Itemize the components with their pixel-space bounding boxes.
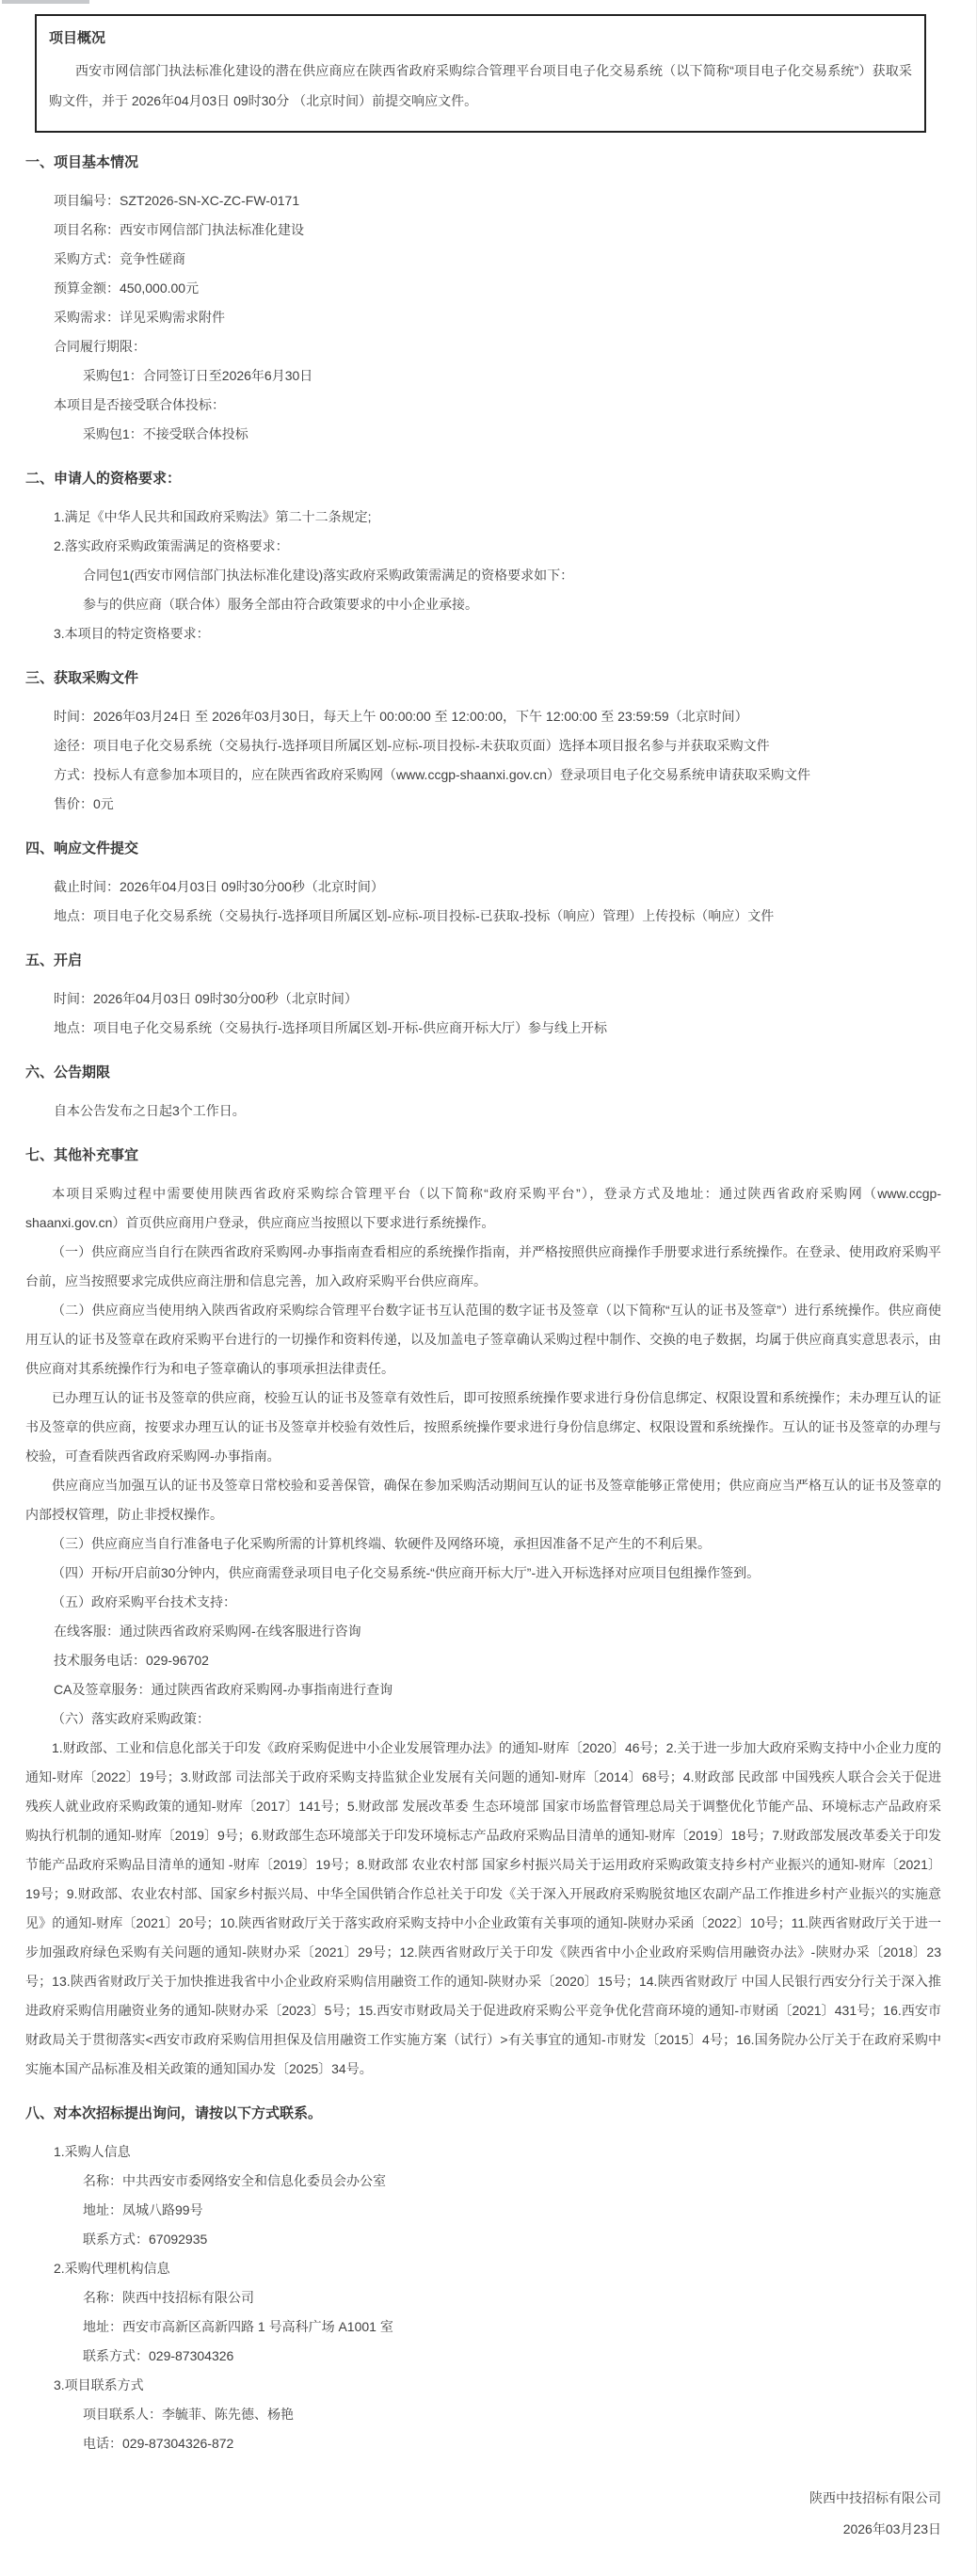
paragraph: （一）供应商应当自行在陕西省政府采购网-办事指南查看相应的系统操作指南，并严格按… [25,1238,941,1296]
document-line: 自本公告发布之日起3个工作日。 [25,1096,941,1126]
document-line: 本项目是否接受联合体投标： [25,391,941,420]
document-line: 途径：项目电子化交易系统（交易执行-选择项目所属区划-应标-项目投标-未获取页面… [25,731,941,760]
document-line: 1.满足《中华人民共和国政府采购法》第二十二条规定; [25,503,941,532]
document-line: 合同包1(西安市网信部门执法标准化建设)落实政府采购政策需满足的资格要求如下： [25,561,941,590]
document-line: 项目名称：西安市网信部门执法标准化建设 [25,216,941,245]
clipped-element [2,0,89,4]
document-line: 联系方式：67092935 [25,2225,941,2254]
document-line: 3.本项目的特定资格要求： [25,619,941,648]
section-heading: 七、其他补充事宜 [25,1141,941,1170]
document-line: 合同履行期限： [25,332,941,361]
paragraph: （三）供应商应当自行准备电子化采购所需的计算机终端、软硬件及网络环境，承担因准备… [25,1529,941,1559]
footer: 陕西中技招标有限公司 2026年03月23日 [25,2483,941,2545]
document-line: CA及签章服务：通过陕西省政府采购网-办事指南进行查询 [25,1675,941,1704]
section-heading: 六、公告期限 [25,1058,941,1087]
section-heading: 二、申请人的资格要求： [25,464,941,493]
document-line: 地址：凤城八路99号 [25,2196,941,2225]
procurement-announcement-page: 项目概况 西安市网信部门执法标准化建设的潜在供应商应在陕西省政府采购综合管理平台… [0,0,977,2576]
document-line: 时间：2026年04月03日 09时30分00秒（北京时间） [25,984,941,1014]
paragraph: （四）开标/开启前30分钟内，供应商需登录项目电子化交易系统-“供应商开标大厅”… [25,1559,941,1588]
overview-body: 西安市网信部门执法标准化建设的潜在供应商应在陕西省政府采购综合管理平台项目电子化… [49,56,912,116]
document-line: 电话：029-87304326-872 [25,2429,941,2458]
section-heading: 三、获取采购文件 [25,664,941,693]
document-line: 项目编号：SZT2026-SN-XC-ZC-FW-0171 [25,186,941,216]
paragraph: （二）供应商应当使用纳入陕西省政府采购综合管理平台数字证书互认范围的数字证书及签… [25,1296,941,1384]
footer-date: 2026年03月23日 [25,2514,941,2545]
paragraph: 已办理互认的证书及签章的供应商，校验互认的证书及签章有效性后，即可按照系统操作要… [25,1384,941,1471]
document-line: 采购包1：合同签订日至2026年6月30日 [25,361,941,391]
paragraph: 供应商应当加强互认的证书及签章日常校验和妥善保管，确保在参加采购活动期间互认的证… [25,1471,941,1529]
document-line: 2.落实政府采购政策需满足的资格要求： [25,532,941,561]
document-line: 时间：2026年03月24日 至 2026年03月30日，每天上午 00:00:… [25,702,941,731]
paragraph: （五）政府采购平台技术支持： [25,1588,941,1617]
document-line: 方式：投标人有意参加本项目的，应在陕西省政府采购网（www.ccgp-shaan… [25,760,941,790]
document-line: 1.采购人信息 [25,2137,941,2167]
document-line: 2.采购代理机构信息 [25,2254,941,2283]
document-body: 一、项目基本情况项目编号：SZT2026-SN-XC-ZC-FW-0171项目名… [25,148,941,2458]
paragraph: 本项目采购过程中需要使用陕西省政府采购综合管理平台（以下简称“政府采购平台”），… [25,1179,941,1238]
document-line: 技术服务电话：029-96702 [25,1646,941,1675]
document-line: 名称：中共西安市委网络安全和信息化委员会办公室 [25,2167,941,2196]
overview-title: 项目概况 [49,27,912,50]
document-line: 采购包1：不接受联合体投标 [25,420,941,449]
document-line: 在线客服：通过陕西省政府采购网-在线客服进行咨询 [25,1617,941,1646]
document-line: 截止时间：2026年04月03日 09时30分00秒（北京时间） [25,872,941,902]
document-line: 地点：项目电子化交易系统（交易执行-选择项目所属区划-应标-项目投标-已获取-投… [25,902,941,931]
document-line: 联系方式：029-87304326 [25,2342,941,2371]
paragraph: 1.财政部、工业和信息化部关于印发《政府采购促进中小企业发展管理办法》的通知-财… [25,1734,941,2084]
section-heading: 一、项目基本情况 [25,148,941,177]
footer-agency: 陕西中技招标有限公司 [25,2483,941,2514]
section-heading: 四、响应文件提交 [25,834,941,863]
document-line: 项目联系人：李毓菲、陈先德、杨艳 [25,2400,941,2429]
document-line: 参与的供应商（联合体）服务全部由符合政策要求的中小企业承接。 [25,590,941,619]
document-line: 采购方式：竞争性磋商 [25,245,941,274]
section-heading: 八、对本次招标提出询问，请按以下方式联系。 [25,2099,941,2128]
document-line: 3.项目联系方式 [25,2371,941,2400]
document-line: 地点：项目电子化交易系统（交易执行-选择项目所属区划-开标-供应商开标大厅）参与… [25,1014,941,1043]
document-line: 地址：西安市高新区高新四路 1 号高科广场 A1001 室 [25,2312,941,2342]
document-line: 名称：陕西中技招标有限公司 [25,2283,941,2312]
section-heading: 五、开启 [25,946,941,975]
paragraph: （六）落实政府采购政策： [25,1704,941,1734]
document-line: 采购需求：详见采购需求附件 [25,303,941,332]
project-overview-box: 项目概况 西安市网信部门执法标准化建设的潜在供应商应在陕西省政府采购综合管理平台… [35,14,926,133]
document-line: 售价：0元 [25,790,941,819]
document-line: 预算金额：450,000.00元 [25,274,941,303]
